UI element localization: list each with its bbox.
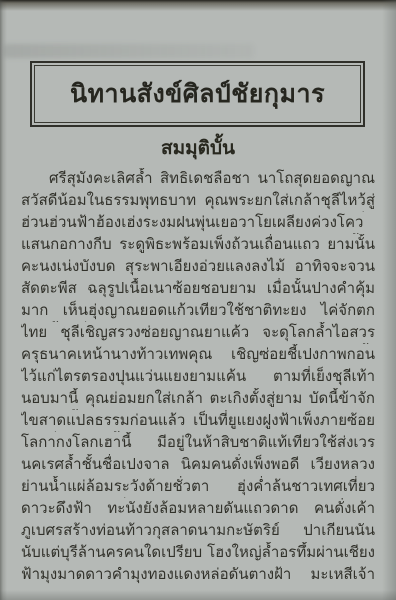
body-line: ย่านน้ำแผ่ล้อมระวังด้ายชั่วตา ฮุ่งค่ำล้น… bbox=[21, 476, 375, 498]
body-line: สัดตะพีส ฉลุรูปเนื้อเนาซ้อยชอบยาม เมื่อน… bbox=[21, 278, 375, 300]
body-line: แสนกอกางกีบ ระดูพิธะพร้อมเพ็งถ้วนเถื่อนแ… bbox=[21, 234, 375, 256]
body-line: มาก เห็นฮุ่งญาณยอดแก้วเทียวใช้ชาติทะยง ไ… bbox=[21, 300, 375, 322]
title-box-inner-rule: นิทานสังข์ศิลป์ชัยกุมาร bbox=[34, 65, 361, 123]
body-line: ศรีสุมังคะเลิศล้ำ สิทธิเดชลือชา นาโถสุดย… bbox=[21, 168, 375, 190]
body-line: ภูเบศรสร้างท่อนท้าวกุสลาดนามกะษัตริย์ ปา… bbox=[21, 520, 375, 542]
body-line: โลกากงโลกเฮานี้ มีอยู่ในห้าสิบชาติแท้เที… bbox=[21, 432, 375, 454]
story-text: ศรีสุมังคะเลิศล้ำ สิทธิเดชลือชา นาโถสุดย… bbox=[21, 168, 375, 586]
photo-edge-bottom bbox=[0, 590, 396, 600]
book-page-photo: นิทานสังข์ศิลป์ชัยกุมาร สมมุติบั้น ศรีสุ… bbox=[0, 0, 396, 600]
body-line: สวัสดีน้อมในธรรมพุทธบาท คุณพระยกใส่เกล้า… bbox=[21, 190, 375, 212]
body-line: ครุธนาคเหน้านางท้าวเทพคุณ เชิญซ่อยชี้เปง… bbox=[21, 344, 375, 366]
body-line: ฟ้ามุงมาดดาวคำมุงทองแดงหล่อดันตางฝ้า มะเ… bbox=[21, 564, 375, 586]
body-line: ฮ่วนฮ่วนฟ้าฮ้องเฮ่งระงมฝนพุ่นเยอวาโยเผลี… bbox=[21, 212, 375, 234]
body-line: ไว้แก่ไตรตรองปุนแว่นแยงยามแค้น ตามที่เย็… bbox=[21, 366, 375, 388]
body-line: ไทย ชุลีเชิญสรวงซ่อยญาณยาแค้ว จะดุโลกล้ำ… bbox=[21, 322, 375, 344]
body-line: คะนงเน่งบังบด สุระพาเอียงอ่วยแลงลงไม้ อา… bbox=[21, 256, 375, 278]
title-box: นิทานสังข์ศิลป์ชัยกุมาร bbox=[30, 61, 365, 127]
book-title: นิทานสังข์ศิลป์ชัยกุมาร bbox=[70, 74, 325, 114]
chapter-heading: สมมุติบั้น bbox=[0, 133, 396, 163]
photo-edge-top bbox=[0, 0, 396, 12]
body-line: นคเรศล้ำชั้นชื่อเปงจาล นิคมคนดั่งเพ็งพอด… bbox=[21, 454, 375, 476]
body-line: ไขสาดแปลธรรมก่อนแล้ว เป็นที่ยูแยงฝูงฟ้าเ… bbox=[21, 410, 375, 432]
reverse-side-show-through bbox=[4, 44, 254, 58]
body-line: นอบมานี้ คุณย่อมยกใส่เกล้า ตะเกิงตั้งสู่… bbox=[21, 388, 375, 410]
body-line: นับแต่บุรีล้านครคนใดเปรียบ โฮงใหญ่ล้ำอรท… bbox=[21, 542, 375, 564]
body-line: ดาวะดึงฟ้า ทะนังยังล้อมหลายดันแถวดาด คนด… bbox=[21, 498, 375, 520]
photo-edge-left bbox=[0, 0, 7, 600]
photo-edge-right bbox=[382, 0, 396, 600]
